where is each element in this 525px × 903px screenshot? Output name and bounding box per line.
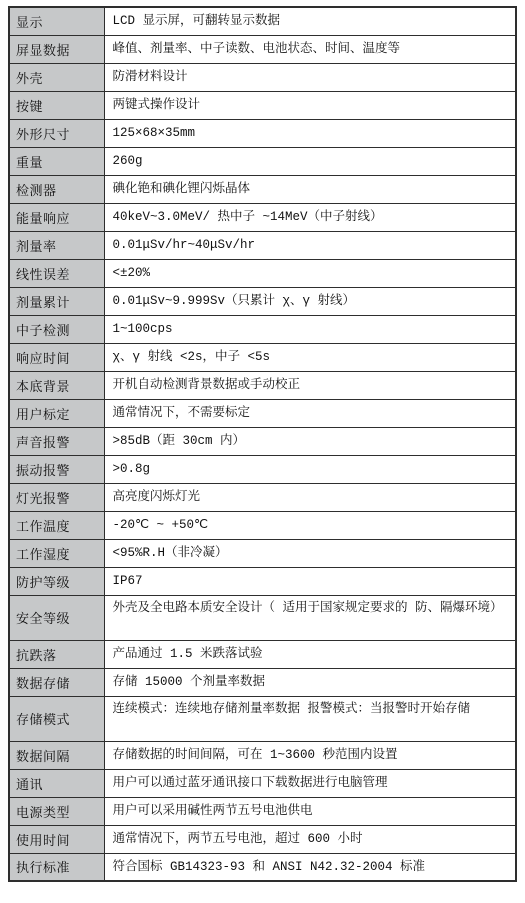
spec-value: <±20% xyxy=(104,259,516,287)
table-row: 线性误差 <±20% xyxy=(9,259,516,287)
table-row: 电源类型 用户可以采用碱性两节五号电池供电 xyxy=(9,797,516,825)
table-row: 工作温度 -20℃ ~ +50℃ xyxy=(9,511,516,539)
spec-label: 工作湿度 xyxy=(9,539,104,567)
spec-label: 本底背景 xyxy=(9,371,104,399)
table-row: 按键 两键式操作设计 xyxy=(9,91,516,119)
spec-label: 使用时间 xyxy=(9,825,104,853)
spec-value: 符合国标 GB14323-93 和 ANSI N42.32-2004 标准 xyxy=(104,853,516,881)
spec-table: 显示 LCD 显示屏，可翻转显示数据 屏显数据 峰值、剂量率、中子读数、电池状态… xyxy=(8,6,517,882)
spec-value: 两键式操作设计 xyxy=(104,91,516,119)
table-row: 本底背景 开机自动检测背景数据或手动校正 xyxy=(9,371,516,399)
spec-value: >0.8g xyxy=(104,455,516,483)
spec-value: 40keV~3.0MeV/ 热中子 ~14MeV（中子射线） xyxy=(104,203,516,231)
spec-label: 按键 xyxy=(9,91,104,119)
spec-value: 通常情况下，不需要标定 xyxy=(104,399,516,427)
spec-label: 外壳 xyxy=(9,63,104,91)
spec-label: 数据间隔 xyxy=(9,741,104,769)
spec-label: 声音报警 xyxy=(9,427,104,455)
spec-label: 屏显数据 xyxy=(9,35,104,63)
spec-label: 防护等级 xyxy=(9,567,104,595)
table-row: 数据间隔 存储数据的时间间隔，可在 1~3600 秒范围内设置 xyxy=(9,741,516,769)
spec-label: 灯光报警 xyxy=(9,483,104,511)
spec-value: 防滑材料设计 xyxy=(104,63,516,91)
spec-value: 通常情况下，两节五号电池，超过 600 小时 xyxy=(104,825,516,853)
spec-value: 碘化铯和碘化锂闪烁晶体 xyxy=(104,175,516,203)
spec-label: 电源类型 xyxy=(9,797,104,825)
spec-label: 中子检测 xyxy=(9,315,104,343)
table-row: 能量响应 40keV~3.0MeV/ 热中子 ~14MeV（中子射线） xyxy=(9,203,516,231)
spec-value: 1~100cps xyxy=(104,315,516,343)
table-row: 通讯 用户可以通过蓝牙通讯接口下载数据进行电脑管理 xyxy=(9,769,516,797)
spec-label: 外形尺寸 xyxy=(9,119,104,147)
table-row: 显示 LCD 显示屏，可翻转显示数据 xyxy=(9,7,516,35)
table-row: 灯光报警 高亮度闪烁灯光 xyxy=(9,483,516,511)
spec-value: <95%R.H（非冷凝） xyxy=(104,539,516,567)
table-row: 剂量累计 0.01μSv~9.999Sv（只累计 χ、γ 射线） xyxy=(9,287,516,315)
spec-label: 线性误差 xyxy=(9,259,104,287)
table-row: 存储模式 连续模式：连续地存储剂量率数据 报警模式：当报警时开始存储 xyxy=(9,696,516,741)
spec-label: 重量 xyxy=(9,147,104,175)
spec-label: 通讯 xyxy=(9,769,104,797)
table-row: 数据存储 存储 15000 个剂量率数据 xyxy=(9,668,516,696)
table-row: 外形尺寸 125×68×35mm xyxy=(9,119,516,147)
table-row: 执行标准 符合国标 GB14323-93 和 ANSI N42.32-2004 … xyxy=(9,853,516,881)
spec-label: 检测器 xyxy=(9,175,104,203)
spec-value: 0.01μSv~9.999Sv（只累计 χ、γ 射线） xyxy=(104,287,516,315)
table-row: 外壳 防滑材料设计 xyxy=(9,63,516,91)
table-row: 响应时间 χ、γ 射线 <2s，中子 <5s xyxy=(9,343,516,371)
spec-value: 用户可以通过蓝牙通讯接口下载数据进行电脑管理 xyxy=(104,769,516,797)
table-row: 工作湿度 <95%R.H（非冷凝） xyxy=(9,539,516,567)
spec-label: 振动报警 xyxy=(9,455,104,483)
spec-value: >85dB（距 30cm 内） xyxy=(104,427,516,455)
spec-value: 高亮度闪烁灯光 xyxy=(104,483,516,511)
spec-label: 抗跌落 xyxy=(9,640,104,668)
table-row: 使用时间 通常情况下，两节五号电池，超过 600 小时 xyxy=(9,825,516,853)
spec-sheet-page: 显示 LCD 显示屏，可翻转显示数据 屏显数据 峰值、剂量率、中子读数、电池状态… xyxy=(0,0,525,903)
spec-value: 峰值、剂量率、中子读数、电池状态、时间、温度等 xyxy=(104,35,516,63)
table-row: 用户标定 通常情况下，不需要标定 xyxy=(9,399,516,427)
spec-value: 用户可以采用碱性两节五号电池供电 xyxy=(104,797,516,825)
spec-value: 存储 15000 个剂量率数据 xyxy=(104,668,516,696)
table-row: 重量 260g xyxy=(9,147,516,175)
table-row: 屏显数据 峰值、剂量率、中子读数、电池状态、时间、温度等 xyxy=(9,35,516,63)
spec-value: 连续模式：连续地存储剂量率数据 报警模式：当报警时开始存储 xyxy=(104,696,516,741)
spec-label: 安全等级 xyxy=(9,595,104,640)
table-row: 中子检测 1~100cps xyxy=(9,315,516,343)
spec-value: LCD 显示屏，可翻转显示数据 xyxy=(104,7,516,35)
spec-label: 剂量累计 xyxy=(9,287,104,315)
table-row: 检测器 碘化铯和碘化锂闪烁晶体 xyxy=(9,175,516,203)
spec-value: 开机自动检测背景数据或手动校正 xyxy=(104,371,516,399)
spec-label: 工作温度 xyxy=(9,511,104,539)
spec-value: χ、γ 射线 <2s，中子 <5s xyxy=(104,343,516,371)
spec-label: 执行标准 xyxy=(9,853,104,881)
spec-value: -20℃ ~ +50℃ xyxy=(104,511,516,539)
spec-label: 剂量率 xyxy=(9,231,104,259)
spec-label: 存储模式 xyxy=(9,696,104,741)
table-row: 抗跌落 产品通过 1.5 米跌落试验 xyxy=(9,640,516,668)
table-row: 剂量率 0.01μSv/hr~40μSv/hr xyxy=(9,231,516,259)
spec-label: 响应时间 xyxy=(9,343,104,371)
spec-value: IP67 xyxy=(104,567,516,595)
spec-table-body: 显示 LCD 显示屏，可翻转显示数据 屏显数据 峰值、剂量率、中子读数、电池状态… xyxy=(9,7,516,881)
spec-label: 用户标定 xyxy=(9,399,104,427)
spec-value: 存储数据的时间间隔，可在 1~3600 秒范围内设置 xyxy=(104,741,516,769)
spec-label: 数据存储 xyxy=(9,668,104,696)
table-row: 声音报警 >85dB（距 30cm 内） xyxy=(9,427,516,455)
spec-value: 外壳及全电路本质安全设计（ 适用于国家规定要求的 防、隔爆环境） xyxy=(104,595,516,640)
table-row: 防护等级 IP67 xyxy=(9,567,516,595)
spec-value: 125×68×35mm xyxy=(104,119,516,147)
spec-label: 能量响应 xyxy=(9,203,104,231)
spec-label: 显示 xyxy=(9,7,104,35)
table-row: 振动报警 >0.8g xyxy=(9,455,516,483)
table-row: 安全等级 外壳及全电路本质安全设计（ 适用于国家规定要求的 防、隔爆环境） xyxy=(9,595,516,640)
spec-value: 260g xyxy=(104,147,516,175)
spec-value: 产品通过 1.5 米跌落试验 xyxy=(104,640,516,668)
spec-value: 0.01μSv/hr~40μSv/hr xyxy=(104,231,516,259)
